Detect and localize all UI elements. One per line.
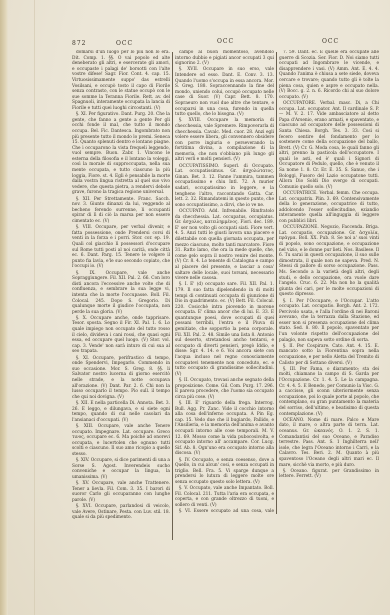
dictionary-paragraph: OCCUPAZIONE. Negozio, Faccenda. Briga. L…	[279, 225, 379, 298]
dictionary-paragraph: §. XII. Per Strettamente. Franc. Sacch. …	[72, 197, 170, 225]
running-head-right: OCC	[322, 38, 339, 45]
dictionary-paragraph: §. VI. Essere occupato ad una cosa, vale…	[175, 509, 274, 515]
dictionary-paragraph: §. IX. Occupare, vale anche Sopraggiunge…	[72, 271, 170, 316]
dictionary-paragraph: campo al buon momentoso, avendolo intorn…	[175, 50, 274, 67]
dictionary-paragraph: §. Oceano. figurat. per Grandissimo in l…	[279, 469, 379, 478]
dictionary-paragraph: §. II. Per Cospirare. Cato. Ant. 4. 15. …	[279, 344, 379, 366]
dictionary-paragraph: §. XVII. Occupare in suo erso, vale Inte…	[175, 67, 274, 117]
document-page: 872 OCC OCC OCC domarsi d'un luogo per l…	[0, 0, 390, 615]
dictionary-paragraph: §. XIV. Occupare, si dice parimenti di u…	[72, 458, 170, 480]
column-divider	[172, 52, 173, 540]
dictionary-paragraph: OCCUPATO. Add. Infrenabile. Rimfratolo d…	[175, 209, 274, 282]
dictionary-paragraph: OCCUPATISSIMO. Superl. di Occupato. Lat.…	[175, 164, 274, 209]
dictionary-paragraph: §. I. Per l'Occupare, e l'Occupar. L'att…	[279, 299, 379, 344]
dictionary-paragraph: §. III. E' riguardo della frega. Interro…	[175, 401, 274, 457]
text-column-right: 7. 59. Dant. ec. E quelle era occupate a…	[279, 50, 379, 478]
dictionary-paragraph: §. VIII. Occupare, per verbal divenir, e…	[72, 225, 170, 270]
column-divider	[276, 52, 277, 514]
dictionary-paragraph: §. XVI. Occupare, parlandosi di veicolo,…	[72, 504, 170, 521]
dictionary-paragraph: §. II. Occupato, trovasi anche segnato d…	[175, 378, 274, 400]
dictionary-paragraph: §. XII. E nella particella Di. Annota. B…	[72, 401, 170, 423]
dictionary-paragraph: §. I. E' (d) occupato sare. Fil. XII. Pa…	[175, 282, 274, 377]
running-head-left: OCC	[116, 40, 133, 47]
text-column-center: campo al buon momentoso, avendolo intorn…	[175, 50, 274, 515]
dictionary-paragraph: §. X. Occupare anche, onde tapprisare. T…	[72, 316, 170, 355]
running-head-center: OCC	[217, 38, 234, 45]
dictionary-paragraph: OCEANO. Nome di mare. Palco e Mare dato,…	[279, 418, 379, 468]
text-column-left: domarsi d'un luogo per lo più non lo era…	[72, 50, 170, 545]
page-number: 872	[72, 40, 86, 47]
dictionary-paragraph: OCCUPATORE. Verbal. masc. Di, a Chi occu…	[279, 101, 379, 191]
dictionary-paragraph: §. V. Occupato, vale anche Impantato. Bo…	[175, 486, 274, 508]
book-binding-edge	[0, 0, 8, 615]
dictionary-paragraph: §. XI. Per figurativo. Dant. Purg. 20. C…	[72, 112, 170, 196]
dictionary-paragraph: §. IV. Occupato, e senza coesenso, dove …	[175, 458, 274, 486]
dictionary-paragraph: 7. 59. Dant. ec. E quelle era occupate a…	[279, 50, 379, 100]
dictionary-paragraph: §. III. Per Fama, o diaramento; sta dei …	[279, 367, 379, 417]
dictionary-paragraph: OCCUPATRICE. Verbal. femm. Che occupa. L…	[279, 191, 379, 225]
dictionary-paragraph: domarsi d'un luogo per lo più non lo era…	[72, 50, 170, 112]
dictionary-paragraph: §. XV. Occupare, vale anche Trattenere. …	[72, 481, 170, 503]
dictionary-paragraph: §. XI. Occupare, perifrastico di tempo, …	[72, 356, 170, 401]
dictionary-paragraph: §. XIII. Occupare, vale anche Tenere occ…	[72, 424, 170, 458]
dictionary-paragraph: §. XVIII. Occupare la memoria di checche…	[175, 118, 274, 163]
page-crease	[34, 0, 35, 615]
page-header: 872 OCC OCC OCC	[72, 38, 378, 50]
